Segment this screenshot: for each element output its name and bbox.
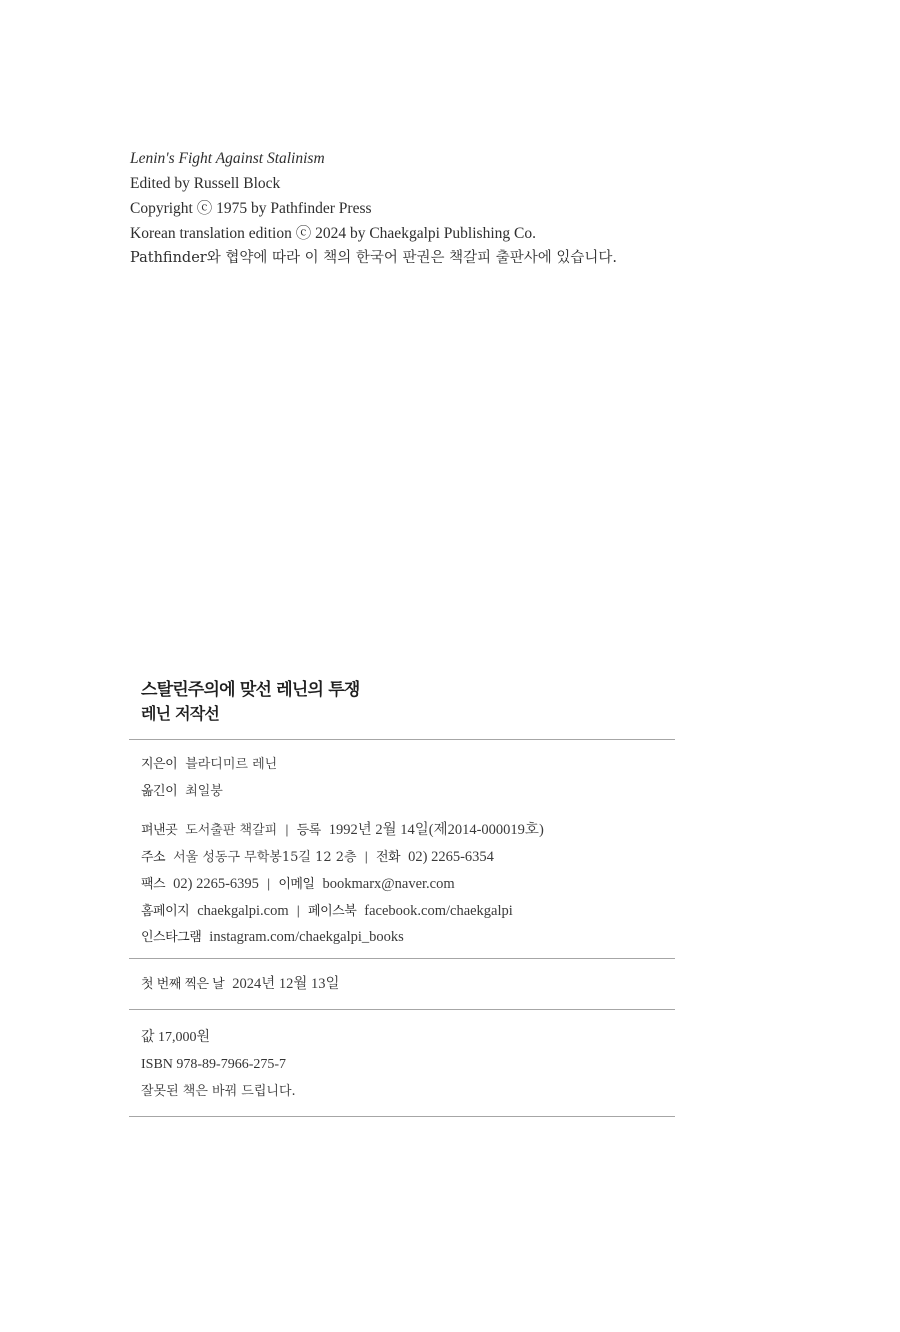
- exchange-notice: 잘못된 책은 바꿔 드립니다.: [141, 1078, 675, 1105]
- publisher-row: 펴낸곳도서출판 책갈피|등록1992년 2월 14일(제2014-000019호…: [141, 816, 675, 843]
- printing-section: 첫 번째 찍은 날2024년 12월 13일: [129, 959, 675, 1009]
- editor-credit: Edited by Russell Block: [130, 171, 750, 196]
- credits-section: 지은이블라디미르 레닌 옮긴이최일붕: [129, 740, 675, 805]
- isbn: ISBN 978-89-7966-275-7: [141, 1051, 675, 1078]
- first-printing-row: 첫 번째 찍은 날2024년 12월 13일: [141, 971, 675, 998]
- colophon: 스탈린주의에 맞선 레닌의 투쟁 레닌 저작선 지은이블라디미르 레닌 옮긴이최…: [129, 678, 675, 1117]
- email-label: 이메일: [278, 877, 314, 892]
- instagram-value: instagram.com/chaekgalpi_books: [209, 929, 404, 945]
- facebook-label: 페이스북: [308, 904, 356, 919]
- credit-row-author: 지은이블라디미르 레닌: [141, 751, 675, 778]
- web-row: 홈페이지chaekgalpi.com|페이스북facebook.com/chae…: [141, 897, 675, 924]
- price-section: 값 17,000원 ISBN 978-89-7966-275-7 잘못된 책은 …: [129, 1010, 675, 1116]
- address-value: 서울 성동구 무학봉15길 12 2층: [173, 850, 356, 865]
- first-printing-label: 첫 번째 찍은 날: [141, 977, 224, 992]
- original-title: Lenin's Fight Against Stalinism: [130, 146, 750, 171]
- fax-email-row: 팩스02) 2265-6395|이메일bookmarx@naver.com: [141, 870, 675, 897]
- instagram-label: 인스타그램: [141, 930, 201, 945]
- phone-label: 전화: [376, 850, 400, 865]
- instagram-row: 인스타그램instagram.com/chaekgalpi_books: [141, 924, 675, 951]
- divider: [129, 1116, 675, 1117]
- publisher-label: 펴낸곳: [141, 823, 177, 838]
- author-value: 블라디미르 레닌: [185, 757, 277, 772]
- fax-value: 02) 2265-6395: [173, 876, 259, 892]
- translation-copyright: Korean translation edition ⓒ 2024 by Cha…: [130, 221, 750, 246]
- publisher-section: 펴낸곳도서출판 책갈피|등록1992년 2월 14일(제2014-000019호…: [129, 805, 675, 958]
- homepage-label: 홈페이지: [141, 904, 189, 919]
- book-subtitle: 레닌 저작선: [141, 702, 675, 726]
- homepage-value: chaekgalpi.com: [197, 903, 288, 919]
- address-row: 주소서울 성동구 무학봉15길 12 2층|전화02) 2265-6354: [141, 843, 675, 870]
- address-label: 주소: [141, 850, 165, 865]
- registration-label: 등록: [297, 823, 321, 838]
- credit-row-translator: 옮긴이최일붕: [141, 778, 675, 805]
- fax-label: 팩스: [141, 877, 165, 892]
- phone-value: 02) 2265-6354: [408, 849, 494, 865]
- registration-value: 1992년 2월 14일(제2014-000019호): [329, 822, 544, 838]
- separator: |: [297, 903, 300, 918]
- separator: |: [267, 876, 270, 891]
- publisher-value: 도서출판 책갈피: [185, 823, 277, 838]
- book-title: 스탈린주의에 맞선 레닌의 투쟁: [141, 678, 675, 702]
- email-value: bookmarx@naver.com: [323, 876, 455, 892]
- price: 값 17,000원: [141, 1024, 675, 1051]
- original-copyright: Copyright ⓒ 1975 by Pathfinder Press: [130, 196, 750, 221]
- facebook-value: facebook.com/chaekgalpi: [364, 903, 513, 919]
- separator: |: [285, 822, 288, 837]
- copyright-block: Lenin's Fight Against Stalinism Edited b…: [130, 146, 750, 271]
- translator-label: 옮긴이: [141, 784, 177, 799]
- author-label: 지은이: [141, 757, 177, 772]
- translator-value: 최일붕: [185, 784, 223, 799]
- rights-notice: Pathfinder와 협약에 따라 이 책의 한국어 판권은 책갈피 출판사에…: [130, 246, 750, 271]
- first-printing-date: 2024년 12월 13일: [232, 976, 339, 992]
- separator: |: [365, 849, 368, 864]
